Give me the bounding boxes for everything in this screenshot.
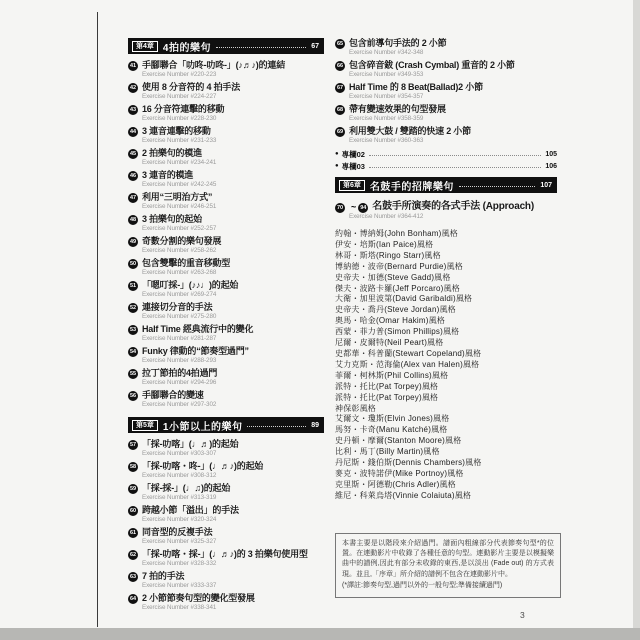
dotted-leader <box>459 186 535 187</box>
item-title: 奇數分割的樂句發展 <box>142 236 221 246</box>
item-number-badge: 41 <box>128 61 138 71</box>
drummer-style-entry: 克里斯・阿德勒(Chris Adler)風格 <box>335 480 557 491</box>
toc-item: 56 手腳聯合的變速 Exercise Number #297-302 <box>128 390 324 408</box>
toc-left-column: 第4章 4拍的樂句 67 41 手腳聯合「叻咚-叻咚-」(♪♬♪)的連結 Exe… <box>128 38 324 615</box>
item-exercise-number: Exercise Number #294-296 <box>142 379 324 386</box>
item-number-badge: 67 <box>335 83 345 93</box>
item-title: 包含前導句手法的 2 小節 <box>349 38 446 48</box>
item-exercise-number: Exercise Number #275-280 <box>142 313 324 320</box>
item-number-badge: 45 <box>128 149 138 159</box>
item-title: 同音型的反複手法 <box>142 527 212 537</box>
item-number-badge: 53 <box>128 325 138 335</box>
item-title: 包含雙擊的重音移動型 <box>142 258 230 268</box>
item-exercise-number: Exercise Number #308-312 <box>142 472 324 479</box>
drummer-style-entry: 史帝夫・喬丹(Steve Jordan)風格 <box>335 305 557 316</box>
item-exercise-number: Exercise Number #242-245 <box>142 181 324 188</box>
item-exercise-number: Exercise Number #342-348 <box>349 49 557 56</box>
item-title: 使用 8 分音符的 4 拍手法 <box>142 82 240 92</box>
toc-item: 44 3 連音連擊的移動 Exercise Number #231-233 <box>128 126 324 144</box>
item-title: 3 連音的模進 <box>142 170 193 180</box>
item-number-badge: 54 <box>128 347 138 357</box>
toc-item: 41 手腳聯合「叻咚-叻咚-」(♪♬♪)的連結 Exercise Number … <box>128 60 324 78</box>
drummer-style-entry: 史帝夫・加德(Steve Gadd)風格 <box>335 273 557 284</box>
toc-item: 42 使用 8 分音符的 4 拍手法 Exercise Number #224-… <box>128 82 324 100</box>
item-title: 「採-採-」(♩♫)的起始 <box>142 483 230 493</box>
drummer-style-entry: 約翰・博納姆(John Bonham)風格 <box>335 229 557 240</box>
item-exercise-number: Exercise Number #231-233 <box>142 137 324 144</box>
toc-item: 53 Half Time 經典流行中的變化 Exercise Number #2… <box>128 324 324 342</box>
item-title: 手腳聯合「叻咚-叻咚-」(♪♬♪)的連結 <box>142 60 285 70</box>
item-exercise-number: Exercise Number #263-268 <box>142 269 324 276</box>
item-title: 利用雙大鼓 / 雙踏的快速 2 小節 <box>349 126 471 136</box>
item-number-badge: 65 <box>335 39 345 49</box>
drummer-style-entry: 傑夫・波路卡羅(Jeff Porcaro)風格 <box>335 284 557 295</box>
item-title: 帶有變速效果的句型發展 <box>349 104 446 114</box>
toc-right-column: 65 包含前導句手法的 2 小節 Exercise Number #342-34… <box>335 38 557 598</box>
item-number-badge: 62 <box>128 550 138 560</box>
toc-item: 61 同音型的反複手法 Exercise Number #325-327 <box>128 527 324 545</box>
item-title: 連接切分音的手法 <box>142 302 212 312</box>
chapter5-header: 第5章 1小節以上的樂句 89 <box>128 417 324 433</box>
drummer-style-entry: 博納德・波帝(Bernard Purdie)風格 <box>335 262 557 273</box>
chapter5-title: 1小節以上的樂句 <box>163 418 243 433</box>
bullet-icon: ● <box>335 151 339 157</box>
column-article-entry: ● 專欄03 106 <box>335 160 557 172</box>
chapter6-page-number: 107 <box>540 182 552 189</box>
toc-item: 68 帶有變速效果的句型發展 Exercise Number #358-359 <box>335 104 557 122</box>
chapter5-page-number: 89 <box>311 422 319 429</box>
dotted-leader <box>216 47 306 48</box>
item-exercise-number: Exercise Number #297-302 <box>142 401 324 408</box>
item-title: 「嗯叮採-」(♪♪♩)的起始 <box>142 280 238 290</box>
note-footnote: (*譯註:節奏句型,過門以外的一般句型;準備接續過門) <box>342 581 554 591</box>
item-title: Half Time 的 8 Beat(Ballad)2 小節 <box>349 82 483 92</box>
item-exercise-number: Exercise Number #224-227 <box>142 93 324 100</box>
toc-item: 57 「採-叻喀」(♩♬)的起始 Exercise Number #303-30… <box>128 439 324 457</box>
toc-item: 43 16 分音符連擊的移動 Exercise Number #228-230 <box>128 104 324 122</box>
item-exercise-number: Exercise Number #360-363 <box>349 137 557 144</box>
chapter4-items: 41 手腳聯合「叻咚-叻咚-」(♪♬♪)的連結 Exercise Number … <box>128 60 324 408</box>
item-exercise-number: Exercise Number #220-223 <box>142 71 324 78</box>
item-number-badge-to: 94 <box>358 203 368 213</box>
column-article-page: 105 <box>545 151 557 158</box>
item-number-badge: 43 <box>128 105 138 115</box>
item-number-badge: 52 <box>128 303 138 313</box>
chapter6-tag: 第6章 <box>339 180 365 191</box>
item-number-badge: 49 <box>128 237 138 247</box>
item-number-badge: 69 <box>335 127 345 137</box>
drummer-style-entry: 艾力克斯・范海倫(Alex van Halen)風格 <box>335 360 557 371</box>
drummer-style-entry: 大衛・加里波第(David Garibaldi)風格 <box>335 294 557 305</box>
item-title: 3 拍樂句的起始 <box>142 214 202 224</box>
item-number-badge: 42 <box>128 83 138 93</box>
note-box: 本書主要是以階段來介紹過門。譜面內粗線部分代表節奏句型*的位置。在連動影片中收錄… <box>335 533 561 598</box>
toc-item: 60 跨越小節「溢出」的手法 Exercise Number #320-324 <box>128 505 324 523</box>
toc-item: 62 「採-叻喀・採-」(♩♬♪)的 3 拍樂句使用型 Exercise Num… <box>128 549 324 567</box>
toc-item: 67 Half Time 的 8 Beat(Ballad)2 小節 Exerci… <box>335 82 557 100</box>
item-exercise-number: Exercise Number #303-307 <box>142 450 324 457</box>
item-exercise-number: Exercise Number #325-327 <box>142 538 324 545</box>
chapter4-header: 第4章 4拍的樂句 67 <box>128 38 324 54</box>
drummer-style-entry: 伊安・培斯(Ian Paice)風格 <box>335 240 557 251</box>
drummer-style-entry: 林哥・斯塔(Ringo Starr)風格 <box>335 251 557 262</box>
dotted-leader <box>369 155 541 156</box>
item-number-badge: 57 <box>128 440 138 450</box>
toc-item: 55 拉丁節拍的4拍過門 Exercise Number #294-296 <box>128 368 324 386</box>
item-exercise-number: Exercise Number #288-293 <box>142 357 324 364</box>
chapter5-continued-items: 65 包含前導句手法的 2 小節 Exercise Number #342-34… <box>335 38 557 144</box>
item-number-badge: 46 <box>128 171 138 181</box>
left-margin-rule <box>97 12 98 627</box>
chapter6-title: 名鼓手的招牌樂句 <box>370 178 454 193</box>
item-number-badge: 68 <box>335 105 345 115</box>
drummer-style-entry: 史都華・科普蘭(Stewart Copeland)風格 <box>335 349 557 360</box>
item-title: 3 連音連擊的移動 <box>142 126 211 136</box>
toc-item: 54 Funky 律動的“節奏型過門” Exercise Number #288… <box>128 346 324 364</box>
item-number-badge: 51 <box>128 281 138 291</box>
item-title: 16 分音符連擊的移動 <box>142 104 224 114</box>
drummer-style-entry: 麥克・波特諾伊(Mike Portnoy)風格 <box>335 469 557 480</box>
drummer-style-entry: 奧馬・哈金(Omar Hakim)風格 <box>335 316 557 327</box>
page-number: 3 <box>520 610 525 620</box>
item-number-badge: 44 <box>128 127 138 137</box>
toc-item: 47 利用“三明治方式” Exercise Number #246-251 <box>128 192 324 210</box>
approach-section-entry: 70 ~ 94 名鼓手所演奏的各式手法 (Approach) Exercise … <box>335 201 557 220</box>
toc-item: 58 「採-叻喀・咚-」(♩♬♪)的起始 Exercise Number #30… <box>128 461 324 479</box>
chapter4-title: 4拍的樂句 <box>163 39 211 54</box>
bullet-icon: ● <box>335 163 339 169</box>
item-exercise-number: Exercise Number #228-230 <box>142 115 324 122</box>
item-number-badge: 64 <box>128 594 138 604</box>
dotted-leader <box>369 167 541 168</box>
drummer-style-entry: 神保彰風格 <box>335 404 557 415</box>
item-exercise-number: Exercise Number #246-251 <box>142 203 324 210</box>
drummer-style-entry: 馬努・卡奇(Manu Katché)風格 <box>335 425 557 436</box>
item-title: Funky 律動的“節奏型過門” <box>142 346 249 356</box>
item-number-badge: 48 <box>128 215 138 225</box>
item-exercise-number: Exercise Number #358-359 <box>349 115 557 122</box>
item-exercise-number: Exercise Number #349-353 <box>349 71 557 78</box>
drummer-style-entry: 派特・托比(Pat Torpey)風格 <box>335 393 557 404</box>
column-article-links: ● 專欄02 105 ● 專欄03 106 <box>335 148 557 172</box>
toc-item: 65 包含前導句手法的 2 小節 Exercise Number #342-34… <box>335 38 557 56</box>
item-title: 7 拍的手法 <box>142 571 184 581</box>
item-number-badge: 63 <box>128 572 138 582</box>
drummer-style-entry: 艾爾文・瓊斯(Elvin Jones)風格 <box>335 414 557 425</box>
item-number-badge: 61 <box>128 528 138 538</box>
item-exercise-number: Exercise Number #354-357 <box>349 93 557 100</box>
item-exercise-number: Exercise Number #338-341 <box>142 604 324 611</box>
item-title: 手腳聯合的變速 <box>142 390 204 400</box>
toc-item: 51 「嗯叮採-」(♪♪♩)的起始 Exercise Number #269-2… <box>128 280 324 298</box>
item-exercise-number: Exercise Number #252-257 <box>142 225 324 232</box>
item-title: 利用“三明治方式” <box>142 192 212 202</box>
item-number-badge: 59 <box>128 484 138 494</box>
approach-title: 名鼓手所演奏的各式手法 (Approach) <box>372 201 534 213</box>
item-exercise-number: Exercise Number #269-274 <box>142 291 324 298</box>
item-title: 「採-叻喀」(♩♬)的起始 <box>142 439 238 449</box>
toc-item: 52 連接切分音的手法 Exercise Number #275-280 <box>128 302 324 320</box>
item-exercise-number: Exercise Number #320-324 <box>142 516 324 523</box>
toc-item: 45 2 拍樂句的模進 Exercise Number #234-241 <box>128 148 324 166</box>
toc-item: 59 「採-採-」(♩♫)的起始 Exercise Number #313-31… <box>128 483 324 501</box>
toc-item: 50 包含雙擊的重音移動型 Exercise Number #263-268 <box>128 258 324 276</box>
item-title: 拉丁節拍的4拍過門 <box>142 368 217 378</box>
item-number-badge: 66 <box>335 61 345 71</box>
column-article-label: 專欄03 <box>342 161 365 172</box>
drummer-style-list: 約翰・博納姆(John Bonham)風格 伊安・培斯(Ian Paice)風格… <box>335 229 557 502</box>
item-exercise-number: Exercise Number #258-262 <box>142 247 324 254</box>
toc-item: 69 利用雙大鼓 / 雙踏的快速 2 小節 Exercise Number #3… <box>335 126 557 144</box>
item-title: 2 拍樂句的模進 <box>142 148 202 158</box>
drummer-style-entry: 比利・馬丁(Billy Martin)風格 <box>335 447 557 458</box>
drummer-style-entry: 丹尼斯・錢伯斯(Dennis Chambers)風格 <box>335 458 557 469</box>
item-title: 2 小節節奏句型的變化型發展 <box>142 593 255 603</box>
chapter5-tag: 第5章 <box>132 420 158 431</box>
item-exercise-number: Exercise Number #364-412 <box>349 213 557 220</box>
item-number-badge: 60 <box>128 506 138 516</box>
item-title: 包含碎音鈸 (Crash Cymbal) 重音的 2 小節 <box>349 60 515 70</box>
chapter6-header: 第6章 名鼓手的招牌樂句 107 <box>335 177 557 193</box>
item-exercise-number: Exercise Number #328-332 <box>142 560 324 567</box>
item-number-badge: 58 <box>128 462 138 472</box>
item-title: 跨越小節「溢出」的手法 <box>142 505 239 515</box>
item-number-badge-from: 70 <box>335 203 345 213</box>
item-number-badge: 55 <box>128 369 138 379</box>
column-article-page: 106 <box>545 163 557 170</box>
drummer-style-entry: 維尼・科萊烏塔(Vinnie Colaiuta)風格 <box>335 491 557 502</box>
drummer-style-entry: 史丹頓・摩爾(Stanton Moore)風格 <box>335 436 557 447</box>
item-title: 「採-叻喀・採-」(♩♬♪)的 3 拍樂句使用型 <box>142 549 308 559</box>
chapter4-page-number: 67 <box>311 43 319 50</box>
item-number-badge: 50 <box>128 259 138 269</box>
item-number-badge: 47 <box>128 193 138 203</box>
column-article-label: 專欄02 <box>342 149 365 160</box>
toc-item: 66 包含碎音鈸 (Crash Cymbal) 重音的 2 小節 Exercis… <box>335 60 557 78</box>
dotted-leader <box>247 426 306 427</box>
item-title: 「採-叻喀・咚-」(♩♬♪)的起始 <box>142 461 263 471</box>
toc-item: 48 3 拍樂句的起始 Exercise Number #252-257 <box>128 214 324 232</box>
column-article-entry: ● 專欄02 105 <box>335 148 557 160</box>
drummer-style-entry: 西蒙・菲力普(Simon Phillips)風格 <box>335 327 557 338</box>
drummer-style-entry: 尼爾・皮爾特(Neil Peart)風格 <box>335 338 557 349</box>
chapter4-tag: 第4章 <box>132 41 158 52</box>
toc-item: 64 2 小節節奏句型的變化型發展 Exercise Number #338-3… <box>128 593 324 611</box>
item-exercise-number: Exercise Number #333-337 <box>142 582 324 589</box>
note-body: 本書主要是以階段來介紹過門。譜面內粗線部分代表節奏句型*的位置。在連動影片中收錄… <box>342 539 554 581</box>
item-title: Half Time 經典流行中的變化 <box>142 324 253 334</box>
toc-item: 49 奇數分割的樂句發展 Exercise Number #258-262 <box>128 236 324 254</box>
item-exercise-number: Exercise Number #234-241 <box>142 159 324 166</box>
scan-background-bottom <box>0 628 640 640</box>
toc-item: 63 7 拍的手法 Exercise Number #333-337 <box>128 571 324 589</box>
scan-background-right <box>633 0 640 640</box>
drummer-style-entry: 派特・托比(Pat Torpey)風格 <box>335 382 557 393</box>
item-exercise-number: Exercise Number #281-287 <box>142 335 324 342</box>
drummer-style-entry: 菲爾・柯林斯(Phil Collins)風格 <box>335 371 557 382</box>
range-tilde: ~ <box>351 201 356 213</box>
toc-item: 46 3 連音的模進 Exercise Number #242-245 <box>128 170 324 188</box>
toc-page: 第4章 4拍的樂句 67 41 手腳聯合「叻咚-叻咚-」(♪♬♪)的連結 Exe… <box>0 0 640 640</box>
chapter5-items: 57 「採-叻喀」(♩♬)的起始 Exercise Number #303-30… <box>128 439 324 611</box>
item-exercise-number: Exercise Number #313-319 <box>142 494 324 501</box>
item-number-badge: 56 <box>128 391 138 401</box>
